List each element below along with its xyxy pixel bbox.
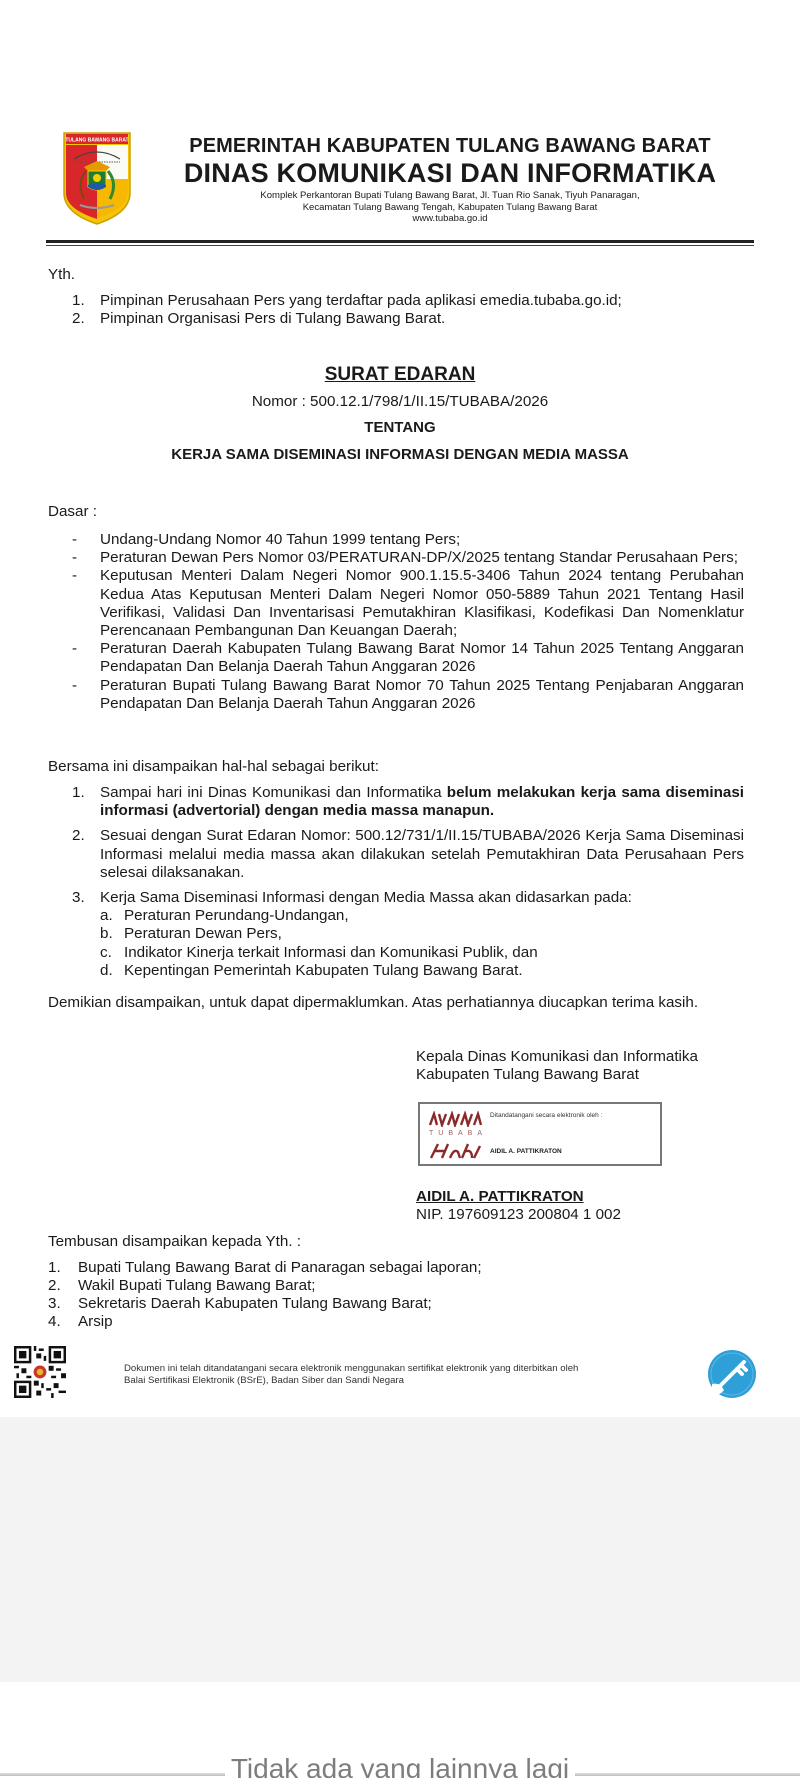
letterhead: PEMERINTAH KABUPATEN TULANG BAWANG BARAT… (150, 134, 750, 225)
list-item: -Keputusan Menteri Dalam Negeri Nomor 90… (72, 567, 744, 640)
list-item: 1.Bupati Tulang Bawang Barat di Panaraga… (48, 1259, 482, 1277)
list-item: 2. Sesuai dengan Surat Edaran Nomor: 500… (72, 827, 744, 882)
about-label: TENTANG (0, 419, 800, 437)
esign-footnote: Dokumen ini telah ditandatangani secara … (124, 1363, 578, 1386)
letter-title: SURAT EDARAN Nomor : 500.12.1/798/1/II.1… (0, 364, 800, 464)
document-page: TULANG BAWANG BARAT PEMERINTAH KABUPATEN… (0, 0, 800, 1418)
regency-coat-of-arms-icon: TULANG BAWANG BARAT (62, 131, 132, 226)
website: www.tubaba.go.id (150, 213, 750, 225)
tubaba-script-icon (428, 1142, 483, 1160)
dasar-label: Dasar : (48, 503, 97, 521)
qr-code-icon[interactable] (14, 1346, 66, 1398)
sub-list-item: c.Indikator Kinerja terkait Informasi da… (100, 944, 744, 962)
list-item: 1. Pimpinan Perusahaan Pers yang terdaft… (72, 292, 622, 310)
viewer-background (0, 1417, 800, 1682)
list-item: 1. Sampai hari ini Dinas Komunikasi dan … (72, 784, 744, 820)
document-number: Nomor : 500.12.1/798/1/II.15/TUBABA/2026 (0, 393, 800, 411)
body-intro: Bersama ini disampaikan hal-hal sebagai … (48, 758, 379, 776)
address-line-2: Kecamatan Tulang Bawang Tengah, Kabupate… (150, 202, 750, 214)
document-heading: SURAT EDARAN (0, 364, 800, 386)
bsre-key-icon (706, 1348, 758, 1400)
svg-text:TULANG BAWANG BARAT: TULANG BAWANG BARAT (65, 138, 128, 144)
government-name: PEMERINTAH KABUPATEN TULANG BAWANG BARAT (150, 134, 750, 158)
list-item: 4.Arsip (48, 1313, 482, 1331)
tubaba-logo-icon (428, 1111, 483, 1127)
signer-block: AIDIL A. PATTIKRATON NIP. 197609123 2008… (416, 1188, 621, 1224)
letterhead-rule-thick (46, 240, 754, 243)
list-item: 3.Sekretaris Daerah Kabupaten Tulang Baw… (48, 1295, 482, 1313)
dasar-list: -Undang-Undang Nomor 40 Tahun 1999 tenta… (72, 531, 744, 713)
signer-nip: NIP. 197609123 200804 1 002 (416, 1206, 621, 1224)
recipients-label: Yth. (48, 266, 75, 284)
recipients-list: 1. Pimpinan Perusahaan Pers yang terdaft… (72, 292, 622, 328)
list-item: -Undang-Undang Nomor 40 Tahun 1999 tenta… (72, 531, 744, 549)
sub-list-item: b.Peraturan Dewan Pers, (100, 925, 744, 943)
document-subject: KERJA SAMA DISEMINASI INFORMASI DENGAN M… (0, 446, 800, 464)
electronic-signature-stamp: TUBABA Ditandatangani secara elektronik … (418, 1102, 662, 1166)
list-item: -Peraturan Dewan Pers Nomor 03/PERATURAN… (72, 549, 744, 567)
address-line-1: Komplek Perkantoran Bupati Tulang Bawang… (150, 190, 750, 202)
body-points: 1. Sampai hari ini Dinas Komunikasi dan … (72, 784, 744, 987)
signer-position: Kepala Dinas Komunikasi dan Informatika … (416, 1048, 698, 1084)
list-item: -Peraturan Bupati Tulang Bawang Barat No… (72, 677, 744, 713)
list-item: 2.Wakil Bupati Tulang Bawang Barat; (48, 1277, 482, 1295)
sub-list: a.Peraturan Perundang-Undangan, b.Peratu… (100, 907, 744, 980)
list-item: 2. Pimpinan Organisasi Pers di Tulang Ba… (72, 310, 622, 328)
signer-name: AIDIL A. PATTIKRATON (416, 1188, 621, 1206)
tembusan-label: Tembusan disampaikan kepada Yth. : (48, 1233, 301, 1251)
end-of-content-message: Tidak ada yang lainnya lagi (0, 1752, 800, 1778)
closing-text: Demikian disampaikan, untuk dapat diperm… (48, 994, 698, 1012)
agency-name: DINAS KOMUNIKASI DAN INFORMATIKA (150, 158, 750, 188)
sub-list-item: a.Peraturan Perundang-Undangan, (100, 907, 744, 925)
sub-list-item: d.Kepentingan Pemerintah Kabupaten Tulan… (100, 962, 744, 980)
tembusan-list: 1.Bupati Tulang Bawang Barat di Panaraga… (48, 1259, 482, 1331)
list-item: 3. Kerja Sama Diseminasi Informasi denga… (72, 889, 744, 980)
letterhead-rule-thin (46, 245, 754, 246)
list-item: -Peraturan Daerah Kabupaten Tulang Bawan… (72, 640, 744, 676)
